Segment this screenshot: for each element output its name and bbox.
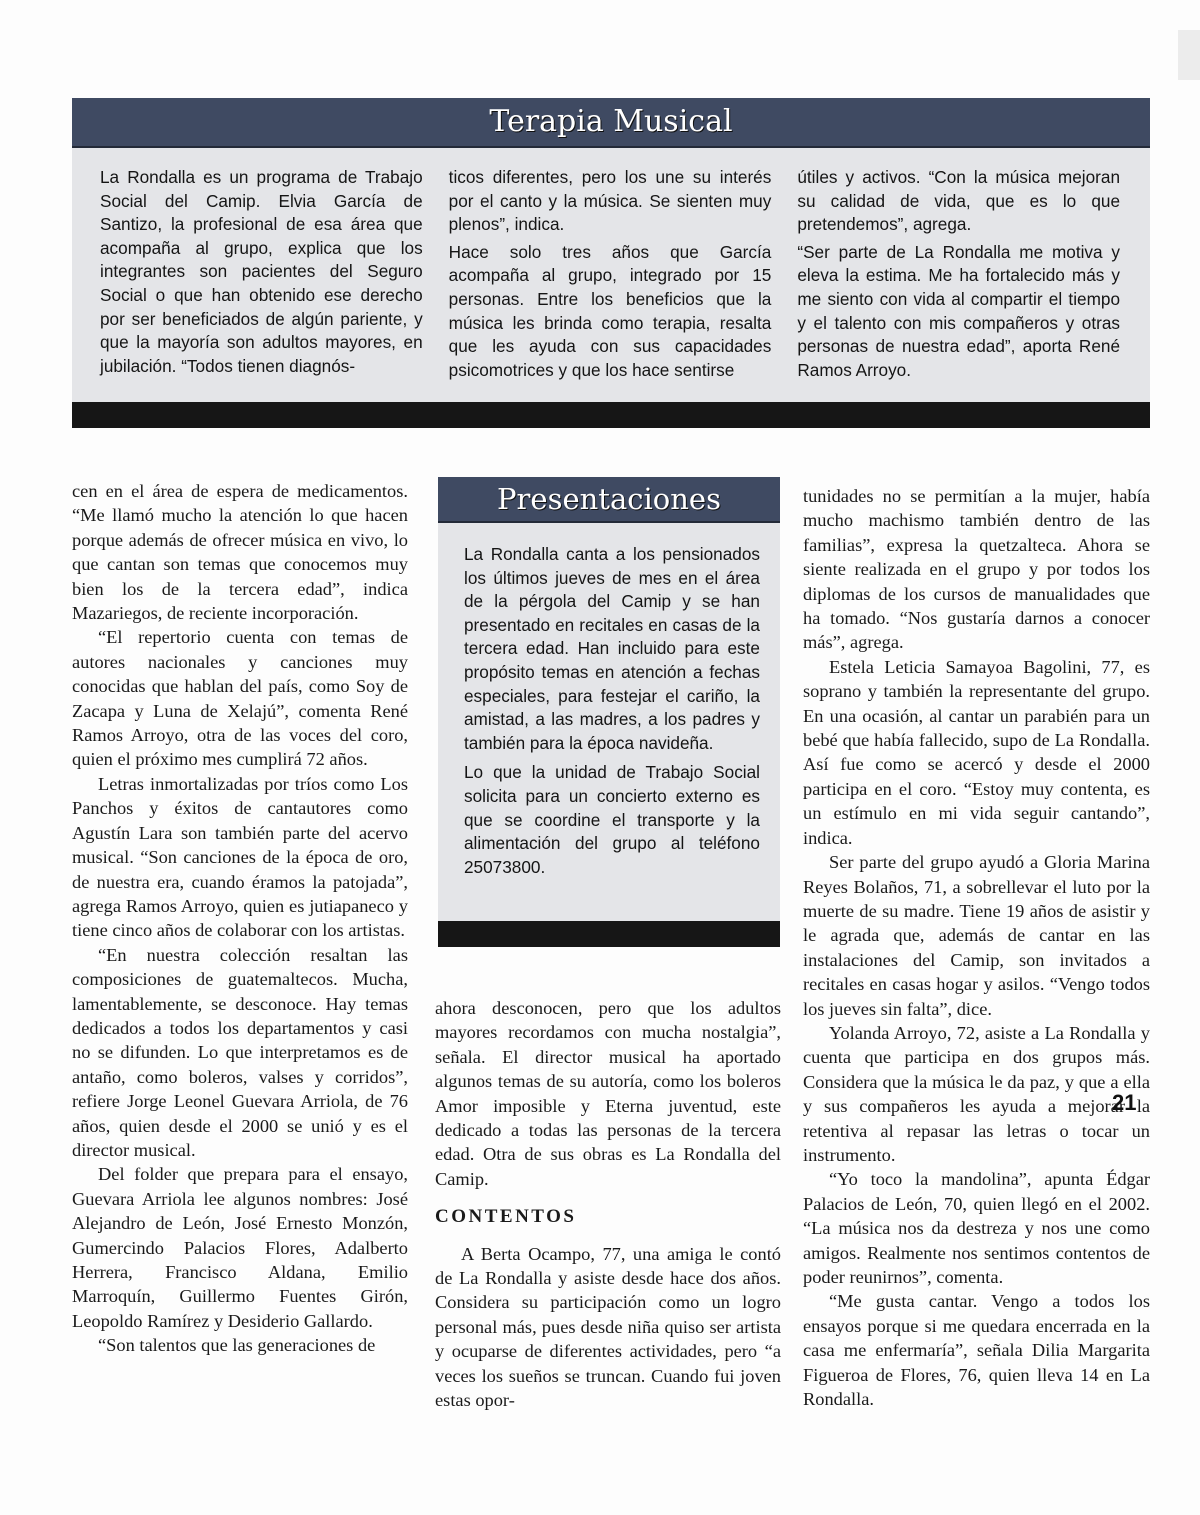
article-column-2: ahora desconocen, pero que los adultos m… bbox=[435, 996, 781, 1413]
paragraph: Ser parte del grupo ayudó a Gloria Marin… bbox=[803, 850, 1150, 1021]
sidebar-terapia-col-1: La Rondalla es un programa de Trabajo So… bbox=[100, 166, 423, 386]
sidebar-presentaciones-body: La Rondalla canta a los pensionados los … bbox=[464, 543, 760, 883]
sidebar-terapia-musical: Terapia Musical La Rondalla es un progra… bbox=[72, 98, 1150, 428]
paragraph: Hace solo tres años que García acompaña … bbox=[449, 241, 772, 383]
sidebar-terapia-columns: La Rondalla es un programa de Trabajo So… bbox=[100, 166, 1120, 386]
paragraph: ticos diferentes, pero los une su interé… bbox=[449, 166, 772, 237]
paragraph: tunidades no se permitían a la mujer, ha… bbox=[803, 484, 1150, 655]
paragraph: Lo que la unidad de Trabajo Social solic… bbox=[464, 761, 760, 879]
paragraph: Del folder que prepara para el ensayo, G… bbox=[72, 1162, 408, 1333]
paragraph: cen en el área de espera de medicamentos… bbox=[72, 479, 408, 625]
paragraph: Letras inmortalizadas por tríos como Los… bbox=[72, 772, 408, 943]
article-column-3: tunidades no se permitían a la mujer, ha… bbox=[803, 484, 1150, 1411]
paragraph: “Ser parte de La Rondalla me motiva y el… bbox=[797, 241, 1120, 383]
sidebar-presentaciones: Presentaciones La Rondalla canta a los p… bbox=[438, 477, 780, 947]
paragraph: A Berta Ocampo, 77, una amiga le contó d… bbox=[435, 1242, 781, 1413]
paragraph: La Rondalla es un programa de Trabajo So… bbox=[100, 166, 423, 378]
sidebar-footer-bar bbox=[438, 921, 780, 947]
paragraph: La Rondalla canta a los pensionados los … bbox=[464, 543, 760, 755]
paragraph: “Yo toco la mandolina”, apunta Édgar Pal… bbox=[803, 1167, 1150, 1289]
subheading-contentos: CONTENTOS bbox=[435, 1205, 781, 1229]
paragraph: Yolanda Arroyo, 72, asiste a La Rondalla… bbox=[803, 1021, 1150, 1167]
paragraph: Estela Leticia Samayoa Bagolini, 77, es … bbox=[803, 655, 1150, 850]
sidebar-title-terapia: Terapia Musical bbox=[72, 98, 1150, 148]
paragraph: útiles y activos. “Con la música mejoran… bbox=[797, 166, 1120, 237]
sidebar-terapia-col-2: ticos diferentes, pero los une su interé… bbox=[449, 166, 772, 386]
paragraph: “En nuestra colección resaltan las compo… bbox=[72, 943, 408, 1163]
paragraph: “El repertorio cuenta con temas de autor… bbox=[72, 625, 408, 771]
sidebar-footer-bar bbox=[72, 402, 1150, 428]
sidebar-terapia-col-3: útiles y activos. “Con la música mejoran… bbox=[797, 166, 1120, 386]
page-number: 21 bbox=[1112, 1090, 1136, 1116]
article-column-1: cen en el área de espera de medicamentos… bbox=[72, 479, 408, 1358]
paragraph: ahora desconocen, pero que los adultos m… bbox=[435, 996, 781, 1191]
sidebar-title-presentaciones: Presentaciones bbox=[438, 477, 780, 523]
paragraph: “Son talentos que las generaciones de bbox=[72, 1333, 408, 1357]
scan-edge-shadow bbox=[1178, 30, 1200, 80]
paragraph: “Me gusta cantar. Vengo a todos los ensa… bbox=[803, 1289, 1150, 1411]
